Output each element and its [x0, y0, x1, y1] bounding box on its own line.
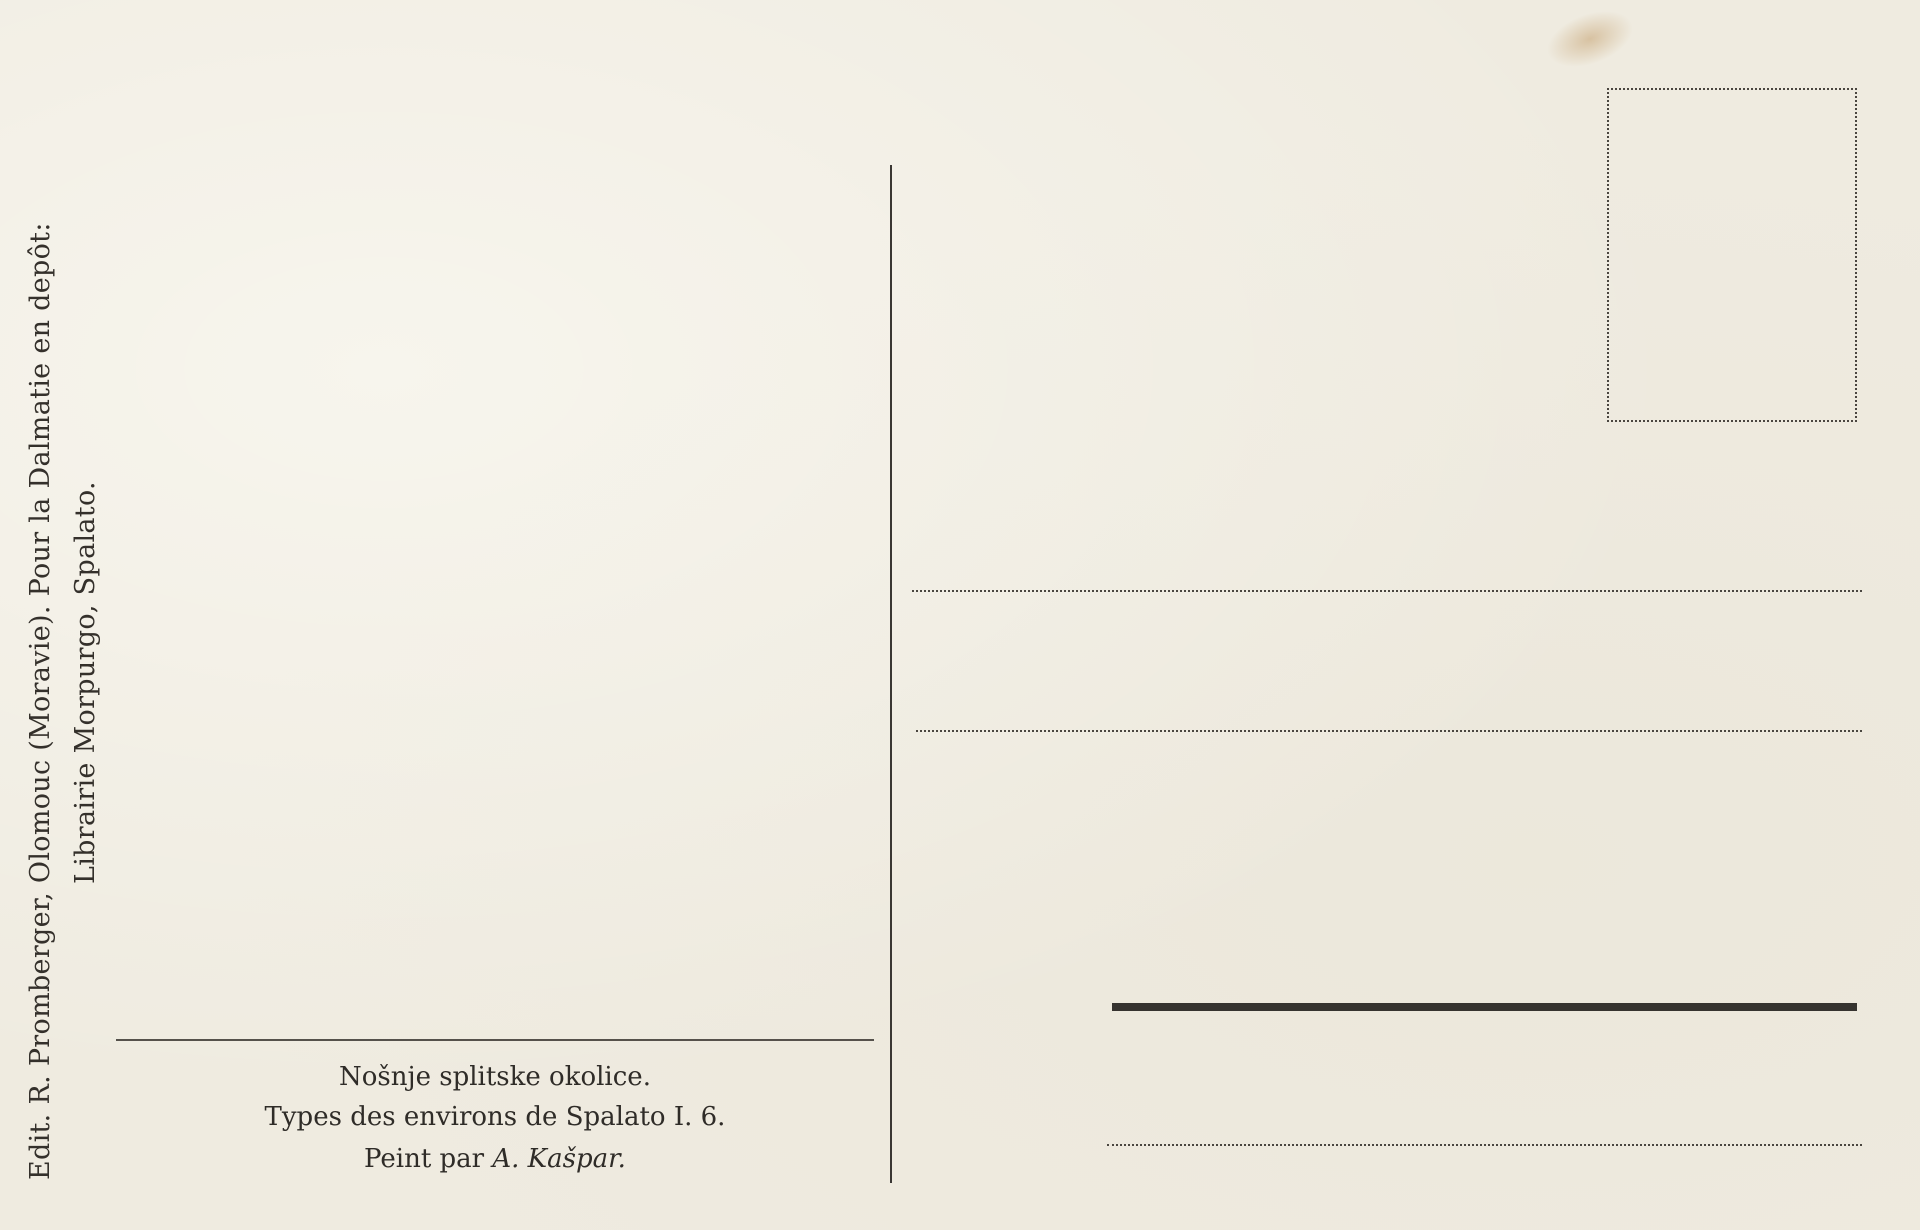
artist-name: A. Kašpar. [492, 1144, 626, 1174]
center-divider [890, 165, 892, 1183]
depot-text: Librairie Morpurgo, Spalato. [70, 481, 101, 884]
address-line-4 [1107, 1144, 1862, 1146]
publisher-text: Edit. R. Promberger, Olomouc (Moravie). … [25, 222, 56, 1180]
caption-rule [116, 1039, 874, 1041]
caption-title: Nošnje splitske okolice. [116, 1062, 874, 1092]
address-line-3-bar [1112, 1003, 1857, 1011]
address-line-1 [912, 590, 1862, 592]
paper-stain [1539, 0, 1641, 78]
credit-prefix: Peint par [364, 1144, 492, 1174]
caption-credit: Peint par A. Kašpar. [116, 1144, 874, 1174]
address-line-2 [916, 730, 1862, 732]
stamp-box [1607, 88, 1857, 422]
caption-subtitle: Types des environs de Spalato I. 6. [116, 1102, 874, 1132]
